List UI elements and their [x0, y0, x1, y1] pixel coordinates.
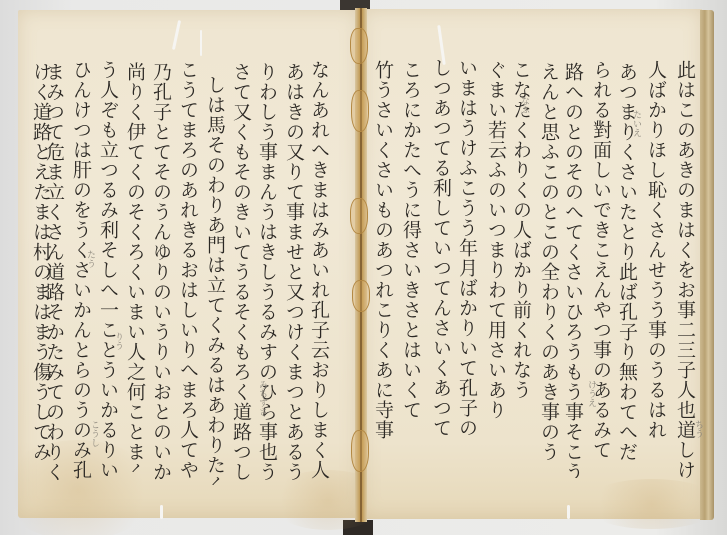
text-column: ひんけつは肝のをうくさいかんとらのうのみ孔子を	[70, 60, 92, 480]
text-column: 竹うさいくさいものあつれこりくあに寺事	[372, 60, 394, 460]
page-edges	[700, 10, 714, 520]
furigana-gloss: みちすさ	[256, 380, 269, 416]
text-column: 乃孔子とてそのうんゆりのいうりいおとのいかうにまう使	[150, 62, 172, 482]
text-column: 尚りく伊てくのそくろくいまい人之何ことまくさき	[124, 62, 146, 472]
text-column: りわしう事まんうはきしうるみすのひら事也うしまへ	[256, 62, 278, 482]
furigana-gloss: たう	[84, 250, 97, 268]
binding-stitch	[350, 28, 368, 64]
furigana-gloss: りう	[112, 332, 125, 350]
text-column: 此はこのあきのまはくをお事二三子人也道しけ	[674, 60, 696, 480]
text-column: けく道路とえたまは村のまはまう傷うしてみ入みる	[30, 62, 52, 462]
text-column: こなたくわりくの人ばかり前くれなう	[510, 60, 532, 460]
binding-stitch	[351, 430, 369, 472]
text-column: しつあつてる利していつてんさいくあつて	[430, 58, 452, 468]
binding-stitch	[351, 90, 369, 132]
text-column: さて又くもそのきいてうるそくもろく道路つしへに	[230, 62, 252, 482]
text-column: 路へのとのそのへてくさいひろうもう事そこう	[562, 62, 584, 478]
text-column: こうてまろのあれきるおはしいりへまろ人てやおすてく昔	[177, 60, 199, 480]
furigana-gloss: けうえ	[585, 380, 598, 407]
text-column: なんあれへきまはみあいれ孔子云おりしまく人の身とそう	[308, 60, 330, 480]
furigana-gloss: なふ	[518, 96, 531, 114]
text-column: られる對面しいできこえんやつ事のあるみて	[590, 60, 612, 476]
text-column: 人ばかりほし恥くさんせうう事のうるはれ	[645, 60, 667, 480]
text-column: ころにかたへうに得さいきさとはいくて	[400, 60, 422, 470]
text-column: う人ぞも立つるみ利そしへ一ことういかるりいまろ	[97, 60, 119, 480]
binding-stitch	[350, 198, 368, 234]
binding-stitch	[352, 280, 370, 312]
furigana-gloss: ちう	[692, 420, 705, 438]
text-column: えんと思ふこのとこの全わりくのあき事のう	[538, 62, 560, 478]
text-column: あはきの又りて事ませと又つけくまつとあるうりれ	[283, 62, 305, 482]
furigana-gloss: たいえ	[630, 110, 643, 137]
text-column: ぐまい若云ふのいつまりわて用さいあり	[485, 60, 507, 460]
paper-tear	[160, 505, 163, 519]
furigana-gloss: こうし	[88, 420, 101, 447]
paper-tear	[200, 30, 202, 56]
paper-tear	[567, 505, 570, 519]
text-column: しは馬そのわりあ門は立てくみるはあわりたくある物善てるよ	[204, 75, 226, 485]
text-column: いまはうけふこうう年月ばかりいて孔子の	[456, 58, 478, 468]
